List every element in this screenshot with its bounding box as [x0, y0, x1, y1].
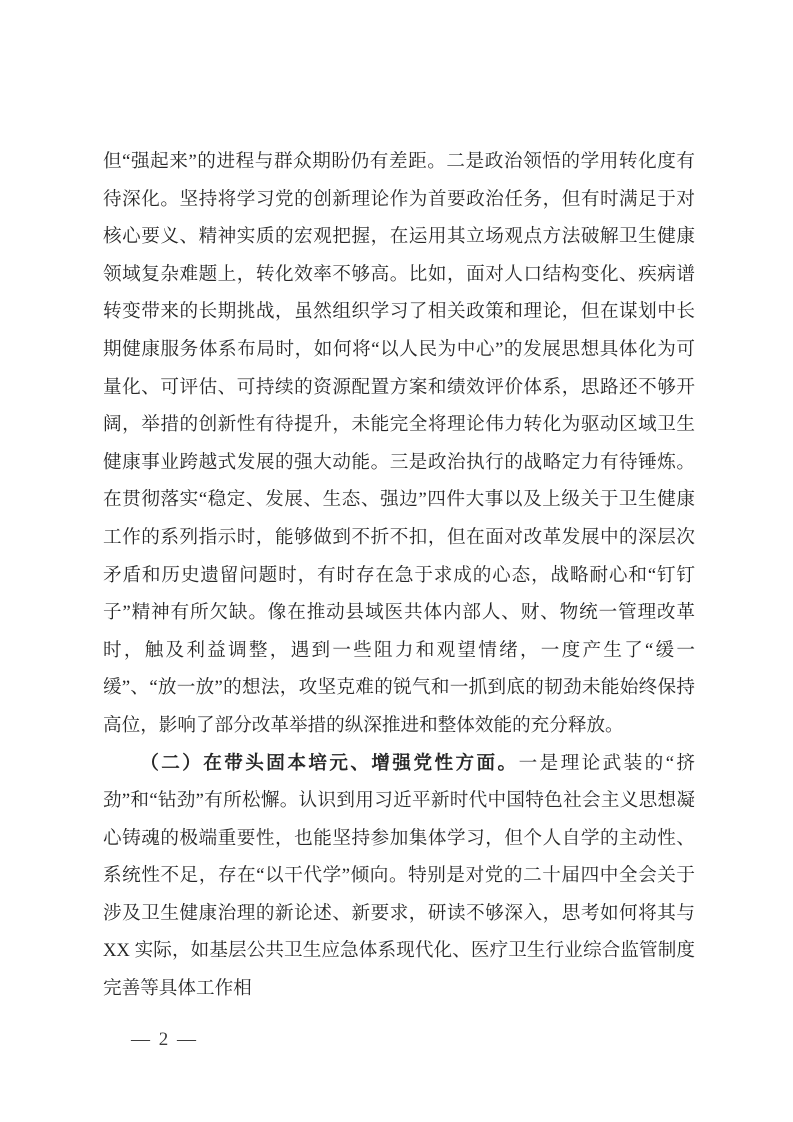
document-body: 但“强起来”的进程与群众期盼仍有差距。二是政治领悟的学用转化度有待深化。坚持将学…	[103, 143, 695, 1008]
document-page: 但“强起来”的进程与群众期盼仍有差距。二是政治领悟的学用转化度有待深化。坚持将学…	[0, 0, 793, 1122]
text-run: 一是理论武装的“挤劲”和“钻劲”有所松懈。认识到用习近平新时代中国特色社会主义思…	[103, 753, 695, 1000]
page-number: — 2 —	[131, 1028, 198, 1052]
text-run: 但“强起来”的进程与群众期盼仍有差距。二是政治领悟的学用转化度有待深化。坚持将学…	[103, 151, 695, 736]
paragraph: 但“强起来”的进程与群众期盼仍有差距。二是政治领悟的学用转化度有待深化。坚持将学…	[103, 143, 695, 745]
paragraph: （二）在带头固本培元、增强党性方面。一是理论武装的“挤劲”和“钻劲”有所松懈。认…	[103, 745, 695, 1008]
emphasis-run: （二）在带头固本培元、增强党性方面。	[140, 753, 518, 774]
